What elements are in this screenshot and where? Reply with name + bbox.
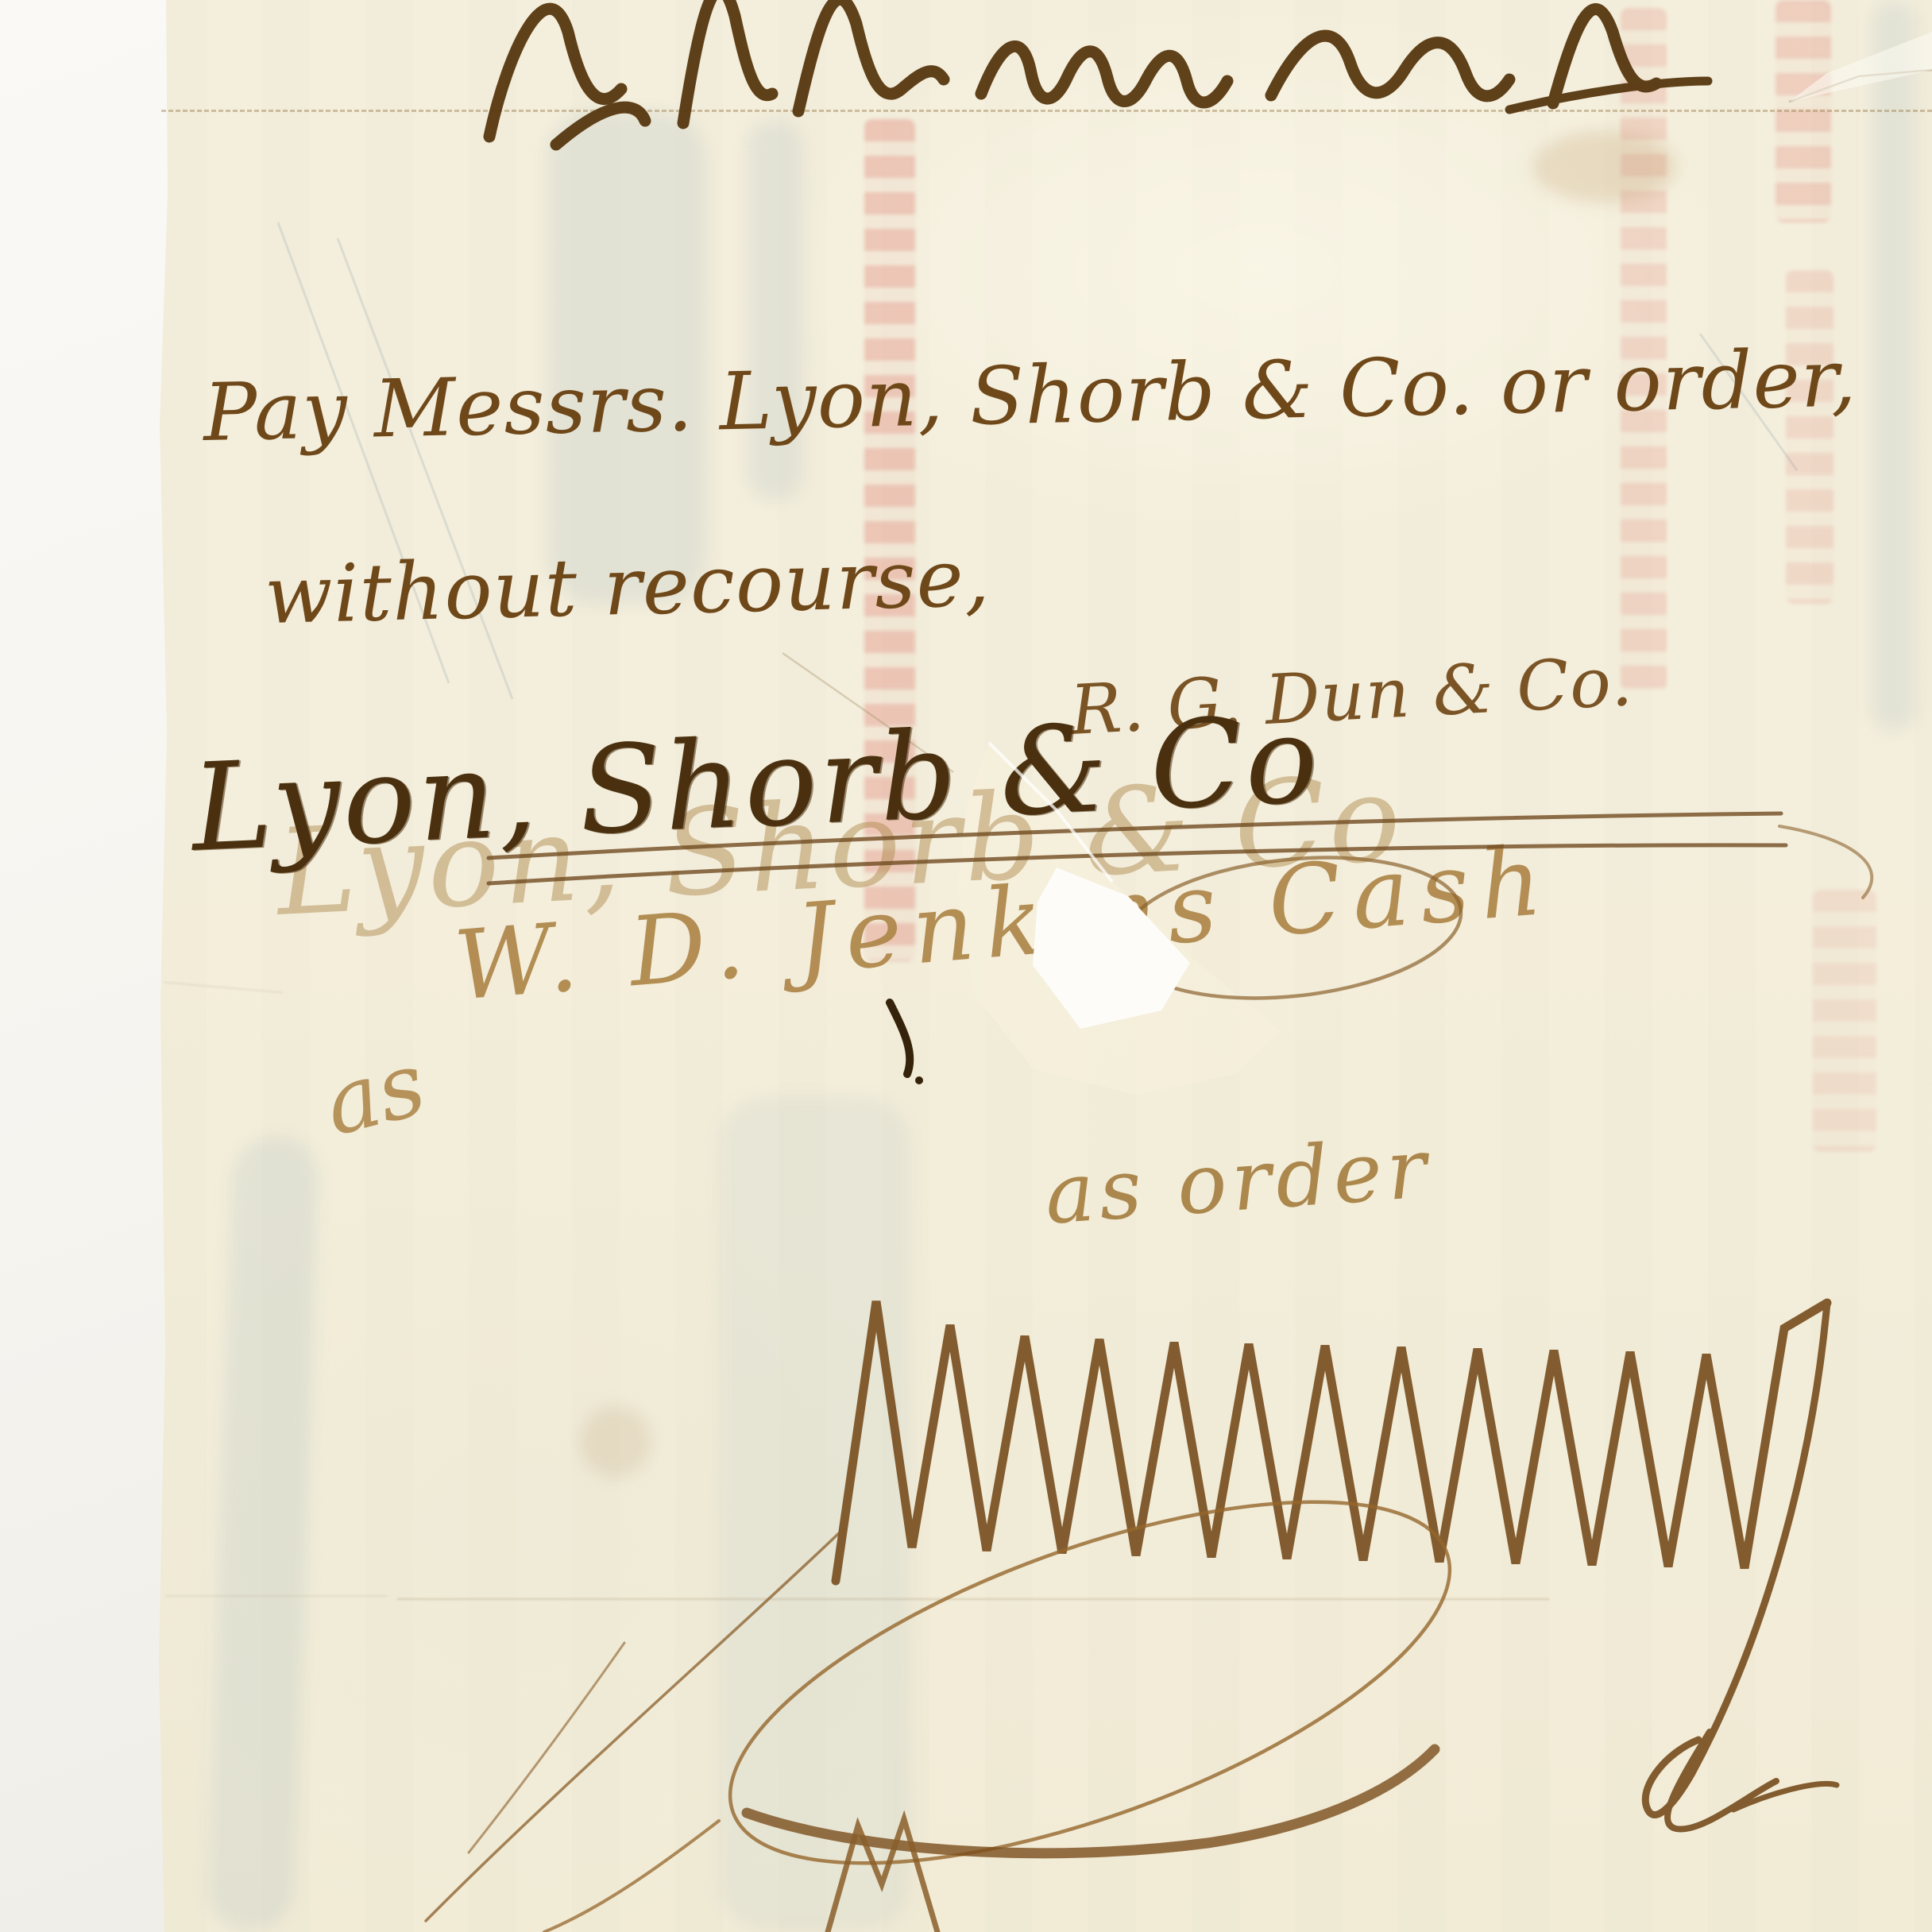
photo-of-check-verso: Lyon, Shorb & Co Pay Messrs. Lyon, Shorb…: [0, 0, 1932, 1932]
fold-crease-line: [165, 1595, 388, 1597]
as-order-note: as order: [1042, 1126, 1434, 1236]
recourse-line: without recourse,: [264, 539, 991, 636]
fold-perforation-line: [161, 110, 1932, 112]
as-word: as: [316, 1039, 434, 1150]
paper-stain: [580, 1406, 651, 1478]
fold-crease-line: [397, 1598, 1549, 1600]
ink-blot-stain: [1533, 131, 1676, 203]
